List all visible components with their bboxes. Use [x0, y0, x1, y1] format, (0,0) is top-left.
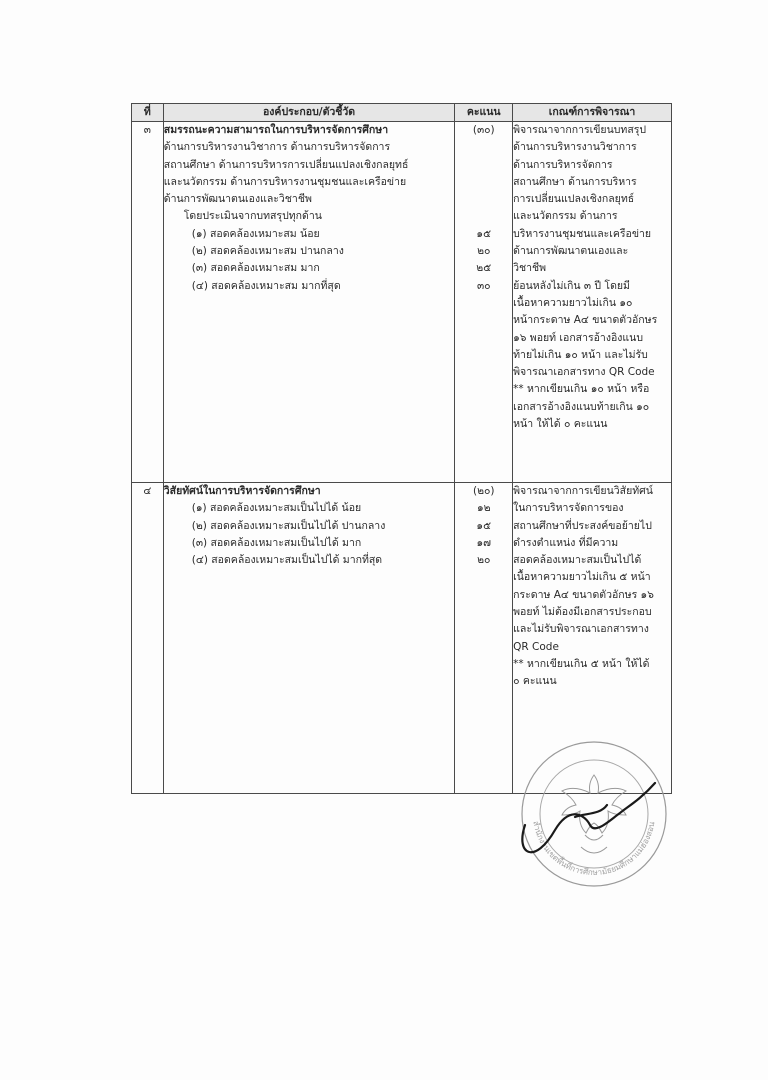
criteria-line: ด้านการพัฒนาตนเองและ — [513, 243, 671, 260]
total-score: (๓๐) — [455, 122, 512, 139]
row-number: ๓ — [132, 122, 164, 483]
score-cell: (๒๐) ๑๒ ๑๕ ๑๗ ๒๐ — [455, 483, 513, 794]
indicator-title: วิสัยทัศน์ในการบริหารจัดการศึกษา — [164, 483, 455, 500]
table-row: ๓ สมรรถนะความสามารถในการบริหารจัดการศึกษ… — [132, 122, 672, 483]
criteria-line: และไม่รับพิจารณาเอกสารทาง — [513, 621, 671, 638]
criteria-line: ๑๖ พอยท์ เอกสารอ้างอิงแนบ — [513, 330, 671, 347]
level-score: ๒๐ — [455, 552, 512, 569]
level-label: (๒) สอดคล้องเหมาะสม ปานกลาง — [164, 243, 455, 260]
level-score: ๑๕ — [455, 518, 512, 535]
level-score: ๑๕ — [455, 226, 512, 243]
criteria-table: ที่ องค์ประกอบ/ตัวชี้วัด คะแนน เกณฑ์การพ… — [131, 103, 672, 794]
criteria-line: ในการบริหารจัดการของ — [513, 500, 671, 517]
criteria-line: พิจารณาเอกสารทาง QR Code — [513, 364, 671, 381]
criteria-line: ย้อนหลังไม่เกิน ๓ ปี โดยมี — [513, 278, 671, 295]
criteria-line: ** หากเขียนเกิน ๑๐ หน้า หรือ — [513, 381, 671, 398]
criteria-line: QR Code — [513, 639, 671, 656]
criteria-line: หน้า ให้ได้ ๐ คะแนน — [513, 416, 671, 433]
level-score: ๓๐ — [455, 278, 512, 295]
level-score: ๑๒ — [455, 500, 512, 517]
criteria-line: การเปลี่ยนแปลงเชิงกลยุทธ์ — [513, 191, 671, 208]
indicator-subheading: โดยประเมินจากบทสรุปทุกด้าน — [164, 208, 455, 225]
score-cell: (๓๐) ๑๕ ๒๐ ๒๕ ๓๐ — [455, 122, 513, 483]
header-criteria: เกณฑ์การพิจารณา — [513, 104, 672, 122]
criteria-line: บริหารงานชุมชนและเครือข่าย — [513, 226, 671, 243]
criteria-line: สถานศึกษาที่ประสงค์ขอย้ายไป — [513, 518, 671, 535]
level-label: (๒) สอดคล้องเหมาะสมเป็นไปได้ ปานกลาง — [164, 518, 455, 535]
header-no: ที่ — [132, 104, 164, 122]
criteria-line: พิจารณาจากการเขียนบทสรุป — [513, 122, 671, 139]
indicator-desc-line: ด้านการบริหารงานวิชาการ ด้านการบริหารจัด… — [164, 139, 455, 156]
level-label: (๑) สอดคล้องเหมาะสม น้อย — [164, 226, 455, 243]
criteria-line: พอยท์ ไม่ต้องมีเอกสารประกอบ — [513, 604, 671, 621]
level-score: ๒๐ — [455, 243, 512, 260]
indicator-title: สมรรถนะความสามารถในการบริหารจัดการศึกษา — [164, 122, 455, 139]
criteria-line: พิจารณาจากการเขียนวิสัยทัศน์ — [513, 483, 671, 500]
criteria-line: ดำรงตำแหน่ง ที่มีความ — [513, 535, 671, 552]
criteria-line: เอกสารอ้างอิงแนบท้ายเกิน ๑๐ — [513, 399, 671, 416]
criteria-line: ๐ คะแนน — [513, 673, 671, 690]
level-label: (๓) สอดคล้องเหมาะสมเป็นไปได้ มาก — [164, 535, 455, 552]
criteria-line: ด้านการบริหารจัดการ — [513, 157, 671, 174]
document-page: ที่ องค์ประกอบ/ตัวชี้วัด คะแนน เกณฑ์การพ… — [0, 0, 768, 1080]
table-header-row: ที่ องค์ประกอบ/ตัวชี้วัด คะแนน เกณฑ์การพ… — [132, 104, 672, 122]
criteria-line: กระดาษ A๔ ขนาดตัวอักษร ๑๖ — [513, 587, 671, 604]
criteria-line: และนวัตกรรม ด้านการ — [513, 208, 671, 225]
criteria-cell: พิจารณาจากการเขียนบทสรุป ด้านการบริหารงา… — [513, 122, 672, 483]
criteria-line: หน้ากระดาษ A๔ ขนาดตัวอักษร — [513, 312, 671, 329]
criteria-line: ** หากเขียนเกิน ๕ หน้า ให้ได้ — [513, 656, 671, 673]
indicator-desc-line: ด้านการพัฒนาตนเองและวิชาชีพ — [164, 191, 455, 208]
garuda-seal-icon: สำนักงานเขตพื้นที่การศึกษามัธยมศึกษาแม่ฮ… — [515, 735, 673, 893]
criteria-line: เนื้อหาความยาวไม่เกิน ๕ หน้า — [513, 569, 671, 586]
header-indicator: องค์ประกอบ/ตัวชี้วัด — [163, 104, 455, 122]
indicator-desc-line: และนวัตกรรม ด้านการบริหารงานชุมชนและเครื… — [164, 174, 455, 191]
criteria-line: สอดคล้องเหมาะสมเป็นไปได้ — [513, 552, 671, 569]
indicator-cell: สมรรถนะความสามารถในการบริหารจัดการศึกษา … — [163, 122, 455, 483]
indicator-desc-line: สถานศึกษา ด้านการบริหารการเปลี่ยนแปลงเชิ… — [164, 157, 455, 174]
level-score: ๑๗ — [455, 535, 512, 552]
total-score: (๒๐) — [455, 483, 512, 500]
level-label: (๔) สอดคล้องเหมาะสมเป็นไปได้ มากที่สุด — [164, 552, 455, 569]
indicator-cell: วิสัยทัศน์ในการบริหารจัดการศึกษา (๑) สอด… — [163, 483, 455, 794]
criteria-line: เนื้อหาความยาวไม่เกิน ๑๐ — [513, 295, 671, 312]
criteria-line: ท้ายไม่เกิน ๑๐ หน้า และไม่รับ — [513, 347, 671, 364]
level-score: ๒๕ — [455, 260, 512, 277]
criteria-line: วิชาชีพ — [513, 260, 671, 277]
level-label: (๑) สอดคล้องเหมาะสมเป็นไปได้ น้อย — [164, 500, 455, 517]
level-label: (๓) สอดคล้องเหมาะสม มาก — [164, 260, 455, 277]
header-score: คะแนน — [455, 104, 513, 122]
row-number: ๔ — [132, 483, 164, 794]
criteria-line: สถานศึกษา ด้านการบริหาร — [513, 174, 671, 191]
level-label: (๔) สอดคล้องเหมาะสม มากที่สุด — [164, 278, 455, 295]
criteria-line: ด้านการบริหารงานวิชาการ — [513, 139, 671, 156]
